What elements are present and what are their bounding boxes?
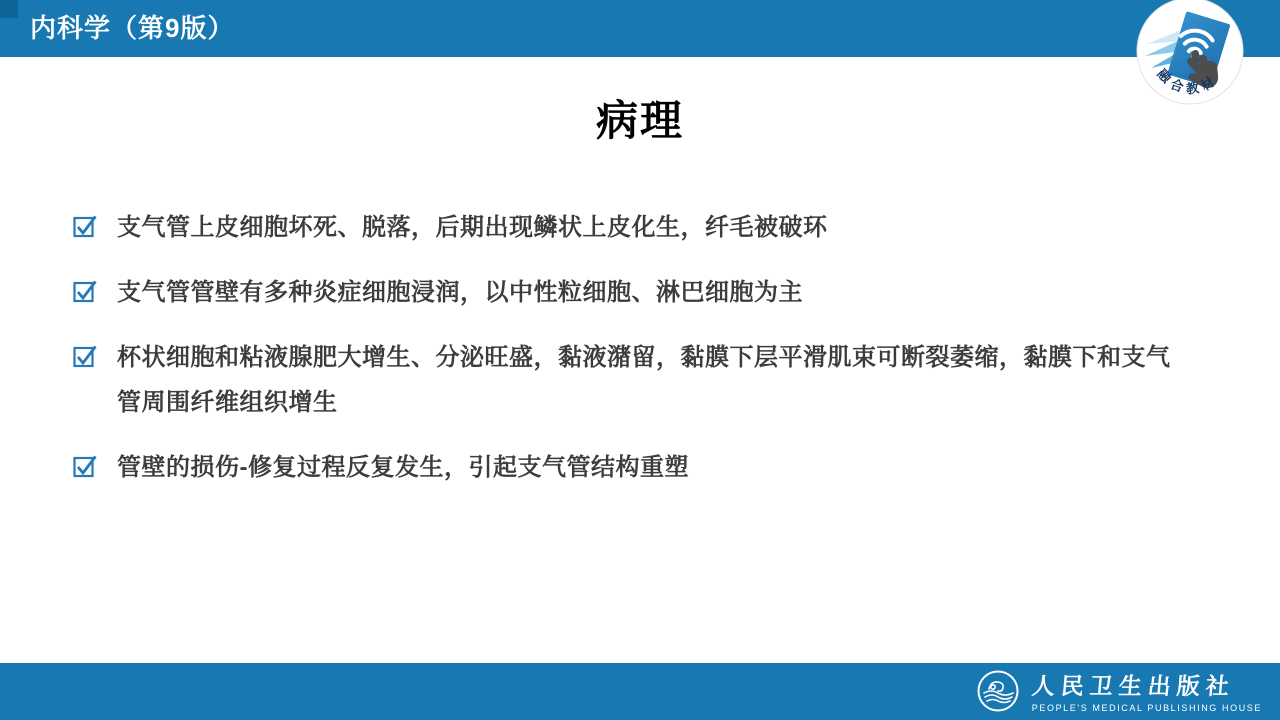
checkbox-checked-icon — [73, 214, 97, 238]
publisher-logo: 人民卫生出版社 PEOPLE'S MEDICAL PUBLISHING HOUS… — [976, 668, 1262, 713]
page-title: 病理 — [0, 88, 1280, 148]
checkbox-checked-icon — [73, 279, 97, 303]
bullet-item: 杯状细胞和粘液腺肥大增生、分泌旺盛，黏液潴留，黏膜下层平滑肌束可断裂萎缩，黏膜下… — [73, 335, 1193, 425]
bullet-text: 管壁的损伤-修复过程反复发生，引起支气管结构重塑 — [117, 445, 689, 490]
publisher-name-en: PEOPLE'S MEDICAL PUBLISHING HOUSE — [1032, 703, 1262, 713]
bullet-item: 支气管上皮细胞坏死、脱落，后期出现鳞状上皮化生，纤毛被破环 — [73, 205, 1193, 250]
publisher-emblem-icon — [976, 669, 1020, 713]
publisher-name-cn: 人民卫生出版社 — [1030, 668, 1236, 701]
bullet-item: 支气管管壁有多种炎症细胞浸润，以中性粒细胞、淋巴细胞为主 — [73, 270, 1193, 315]
fusion-material-badge: 融合教材 — [1135, 0, 1245, 108]
publisher-names: 人民卫生出版社 PEOPLE'S MEDICAL PUBLISHING HOUS… — [1032, 668, 1262, 713]
top-bar: 内科学（第9版） — [0, 0, 1280, 57]
bullet-item: 管壁的损伤-修复过程反复发生，引起支气管结构重塑 — [73, 445, 1193, 490]
corner-accent — [0, 0, 18, 18]
badge-graphic: 融合教材 — [1135, 0, 1245, 108]
bullet-text: 支气管管壁有多种炎症细胞浸润，以中性粒细胞、淋巴细胞为主 — [117, 270, 803, 315]
bullet-text: 杯状细胞和粘液腺肥大增生、分泌旺盛，黏液潴留，黏膜下层平滑肌束可断裂萎缩，黏膜下… — [117, 335, 1175, 425]
checkbox-checked-icon — [73, 454, 97, 478]
checkbox-checked-icon — [73, 344, 97, 368]
book-title: 内科学（第9版） — [30, 0, 234, 57]
slide: 内科学（第9版） — [0, 0, 1280, 720]
bullet-list: 支气管上皮细胞坏死、脱落，后期出现鳞状上皮化生，纤毛被破环 支气管管壁有多种炎症… — [73, 205, 1193, 510]
bullet-text: 支气管上皮细胞坏死、脱落，后期出现鳞状上皮化生，纤毛被破环 — [117, 205, 828, 250]
